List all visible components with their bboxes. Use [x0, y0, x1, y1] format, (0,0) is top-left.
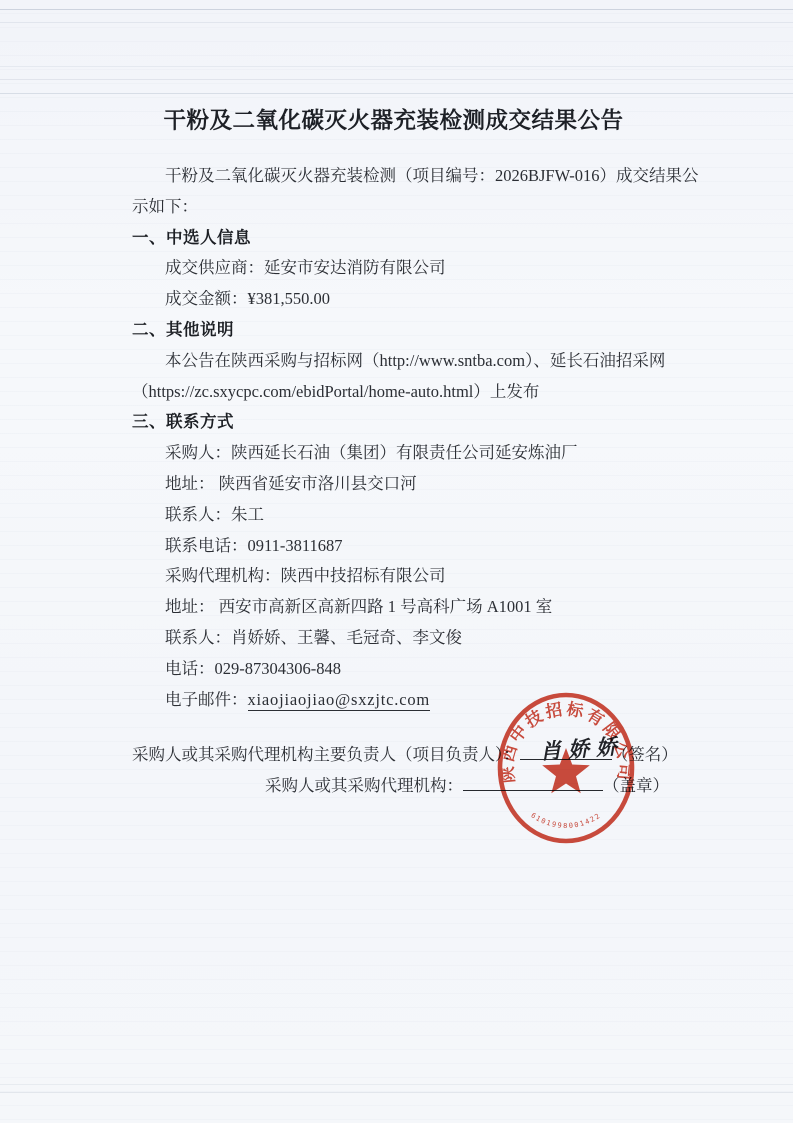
signature-suffix-2: （盖章） — [603, 776, 669, 795]
scanned-document-page: 干粉及二氧化碳灭火器充装检测成交结果公告 干粉及二氧化碳灭火器充装检测（项目编号… — [0, 0, 793, 1123]
signature-underline-2 — [463, 775, 603, 791]
seal-code-text: 6101998001422 — [529, 811, 602, 830]
section-2-heading: 二、其他说明 — [132, 315, 677, 346]
amount-line: 成交金额：¥381,550.00 — [132, 284, 677, 315]
agency-phone-line: 电话：029-87304306-848 — [132, 654, 677, 685]
purchaser-line: 采购人：陕西延长石油（集团）有限责任公司延安炼油厂 — [132, 438, 677, 469]
signature-label-1: 采购人或其采购代理机构主要负责人（项目负责人）： — [132, 745, 520, 764]
email-label: 电子邮件： — [165, 690, 248, 709]
document-content: 干粉及二氧化碳灭火器充装检测成交结果公告 干粉及二氧化碳灭火器充装检测（项目编号… — [132, 0, 677, 802]
purchaser-address-line: 地址： 陕西省延安市洛川县交口河 — [132, 469, 677, 500]
notice-line-1: 本公告在陕西采购与招标网（http://www.sntba.com）、延长石油招… — [132, 346, 677, 377]
signature-block: 采购人或其采购代理机构主要负责人（项目负责人）：肖娇娇（签名） 采购人或其采购代… — [132, 740, 677, 802]
section-1-heading: 一、中选人信息 — [132, 223, 677, 254]
agency-line: 采购代理机构：陕西中技招标有限公司 — [132, 561, 677, 592]
signature-row-2: 采购人或其采购代理机构：（盖章） — [132, 771, 677, 802]
purchaser-phone-line: 联系电话：0911-3811687 — [132, 531, 677, 562]
signature-label-2: 采购人或其采购代理机构： — [265, 776, 463, 795]
handwritten-signature: 肖娇娇 — [539, 731, 625, 768]
scan-artifact-line — [0, 1092, 793, 1093]
signature-underline-1: 肖娇娇 — [520, 744, 612, 760]
purchaser-contact-line: 联系人：朱工 — [132, 500, 677, 531]
supplier-line: 成交供应商：延安市安达消防有限公司 — [132, 253, 677, 284]
document-title: 干粉及二氧化碳灭火器充装检测成交结果公告 — [110, 0, 677, 137]
signature-row-1: 采购人或其采购代理机构主要负责人（项目负责人）：肖娇娇（签名） — [132, 740, 677, 771]
agency-contacts-line: 联系人：肖娇娇、王馨、毛冠奇、李文俊 — [132, 623, 677, 654]
intro-paragraph: 干粉及二氧化碳灭火器充装检测（项目编号：2026BJFW-016）成交结果公 示… — [132, 161, 677, 223]
intro-line-2: 示如下： — [132, 192, 677, 223]
scan-artifact-line — [0, 1084, 793, 1085]
email-line: 电子邮件：xiaojiaojiao@sxzjtc.com — [132, 685, 677, 716]
email-address: xiaojiaojiao@sxzjtc.com — [248, 690, 431, 711]
section-3-heading: 三、联系方式 — [132, 407, 677, 438]
intro-line-1: 干粉及二氧化碳灭火器充装检测（项目编号：2026BJFW-016）成交结果公 — [132, 161, 677, 192]
notice-line-2: （https://zc.sxycpc.com/ebidPortal/home-a… — [132, 377, 677, 408]
agency-address-line: 地址： 西安市高新区高新四路 1 号高科广场 A1001 室 — [132, 592, 677, 623]
